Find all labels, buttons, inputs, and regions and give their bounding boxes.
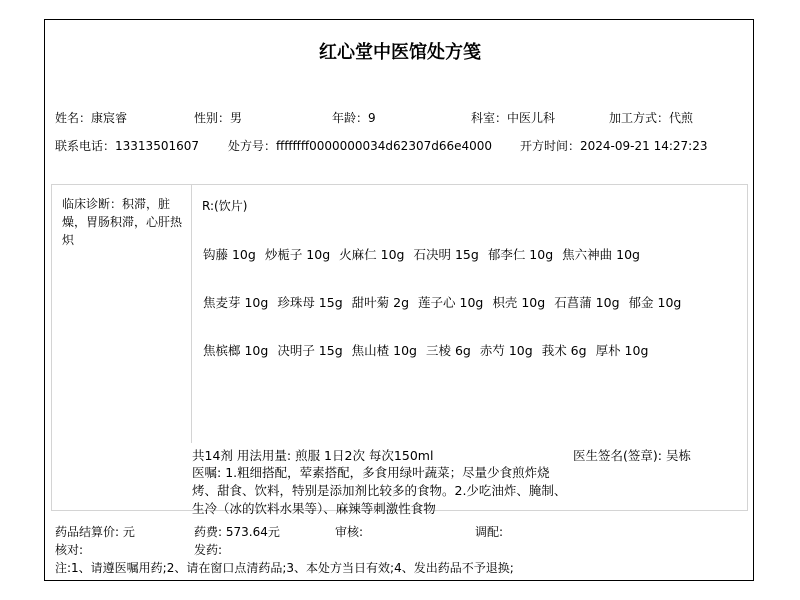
herb-row-2: 焦麦芽 10g珍珠母 15g甜叶菊 2g莲子心 10g枳壳 10g石菖蒲 10g… <box>203 293 690 311</box>
issue-field: 发药: <box>194 541 222 558</box>
herb-item: 焦槟榔 10g <box>203 343 268 358</box>
page-title: 红心堂中医馆处方笺 <box>0 38 800 64</box>
rx-header: R:(饮片) <box>202 197 247 214</box>
herb-item: 厚朴 10g <box>596 343 649 358</box>
herb-item: 莪术 6g <box>542 343 587 358</box>
herb-row-1: 钩藤 10g炒栀子 10g火麻仁 10g石决明 15g郁李仁 10g焦六神曲 1… <box>203 245 649 263</box>
column-divider <box>191 185 192 443</box>
doctor-signature: 医生签名(签章): 吴栋 <box>573 446 691 464</box>
herb-item: 郁金 10g <box>629 295 682 310</box>
herb-item: 石决明 15g <box>413 247 478 262</box>
rx-number-field: 处方号：ffffffff0000000034d62307d66e4000 <box>228 137 492 154</box>
rx-time-value: 2024-09-21 14:27:23 <box>580 139 707 153</box>
usage-instructions: 共14剂 用法用量: 煎服 1日2次 每次150ml <box>192 446 433 464</box>
herb-item: 火麻仁 10g <box>339 247 404 262</box>
review-field: 审核: <box>335 523 363 540</box>
herb-item: 石菖蒲 10g <box>554 295 619 310</box>
rx-number-value: ffffffff0000000034d62307d66e4000 <box>276 139 492 153</box>
herb-item: 焦六神曲 10g <box>562 247 640 262</box>
doctor-name: 吴栋 <box>666 448 691 463</box>
herb-item: 决明子 15g <box>277 343 342 358</box>
drug-fee: 药费: 573.64元 <box>194 523 280 540</box>
herb-row-3: 焦槟榔 10g决明子 15g焦山楂 10g三棱 6g赤芍 10g莪术 6g厚朴 … <box>203 341 657 359</box>
herb-item: 莲子心 10g <box>418 295 483 310</box>
processing-field: 加工方式：代煎 <box>609 109 693 126</box>
herb-item: 枳壳 10g <box>492 295 545 310</box>
processing-value: 代煎 <box>669 111 693 125</box>
phone-value: 13313501607 <box>115 139 199 153</box>
herb-item: 炒栀子 10g <box>265 247 330 262</box>
department-field: 科室：中医儿科 <box>471 109 555 126</box>
herb-item: 珍珠母 15g <box>277 295 342 310</box>
phone-field: 联系电话：13313501607 <box>55 137 199 154</box>
medical-advice: 医嘱: 1.粗细搭配，荤素搭配，多食用绿叶蔬菜；尽量少食煎炸烧烤、甜食、饮料，特… <box>192 464 572 518</box>
herb-item: 郁李仁 10g <box>488 247 553 262</box>
herb-item: 焦山楂 10g <box>352 343 417 358</box>
check-field: 核对: <box>55 541 83 558</box>
department-value: 中医儿科 <box>507 111 555 125</box>
age-field: 年龄：9 <box>332 109 376 126</box>
advice-text: 1.粗细搭配，荤素搭配，多食用绿叶蔬菜；尽量少食煎炸烧烤、甜食、饮料，特别是添加… <box>192 465 566 516</box>
patient-name-field: 姓名：康宸睿 <box>55 109 127 126</box>
dispense-field: 调配: <box>475 523 503 540</box>
herb-item: 三棱 6g <box>426 343 471 358</box>
gender-value: 男 <box>230 111 242 125</box>
rx-time-field: 开方时间：2024-09-21 14:27:23 <box>520 137 707 154</box>
herb-item: 赤芍 10g <box>480 343 533 358</box>
gender-field: 性别：男 <box>194 109 242 126</box>
footer-note: 注:1、请遵医嘱用药;2、请在窗口点清药品;3、本处方当日有效;4、发出药品不予… <box>55 559 514 576</box>
herb-item: 钩藤 10g <box>203 247 256 262</box>
clinical-diagnosis: 临床诊断：积滞，脏燥，胃肠积滞，心肝热炽 <box>62 195 184 249</box>
patient-name: 康宸睿 <box>91 111 127 125</box>
herb-item: 焦麦芽 10g <box>203 295 268 310</box>
herb-item: 甜叶菊 2g <box>352 295 409 310</box>
settlement-price: 药品结算价: 元 <box>55 523 135 540</box>
age-value: 9 <box>368 111 376 125</box>
